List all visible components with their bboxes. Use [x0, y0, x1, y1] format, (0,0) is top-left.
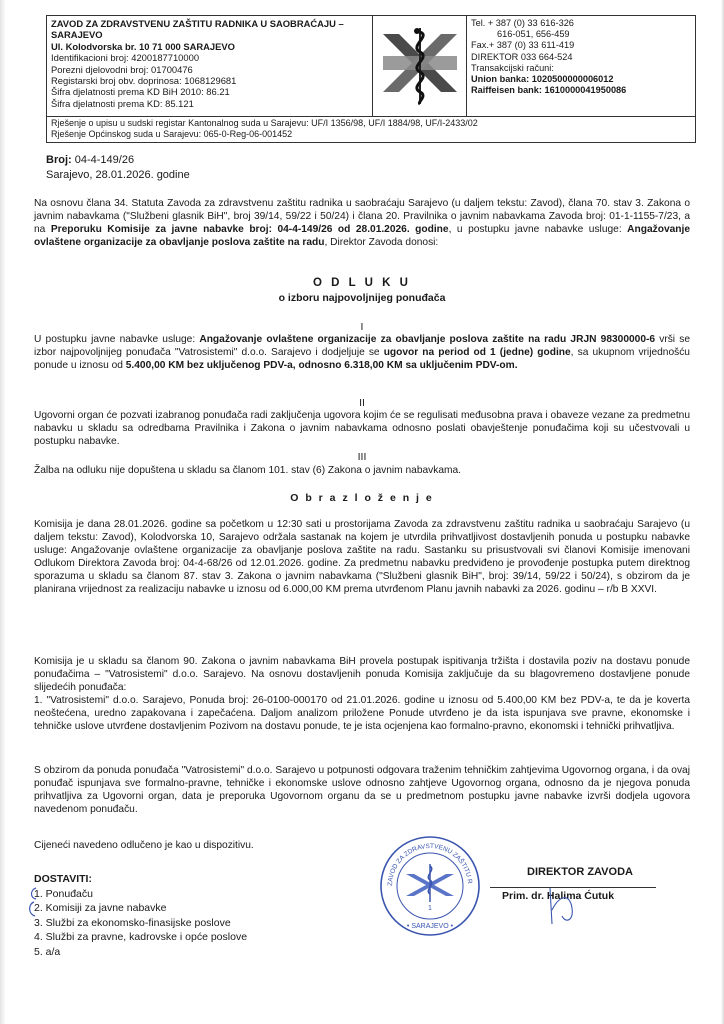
- decision-subtitle: o izboru najpovoljnijeg ponuđača: [34, 292, 690, 304]
- document-number-value: 04-4-149/26: [75, 154, 134, 166]
- intro-paragraph: Na osnovu člana 34. Statuta Zavoda za zd…: [34, 198, 690, 250]
- offer-item: 1. "Vatrosistemi" d.o.o. Sarajevo, Ponud…: [34, 695, 690, 734]
- tax-number: Porezni djelovodni broj: 01700476: [51, 64, 368, 75]
- document-number-label: Broj:: [46, 154, 72, 166]
- institution-name: ZAVOD ZA ZDRAVSTVENU ZAŠTITU RADNIKA U S…: [51, 18, 368, 41]
- activity-code: Šifra djelatnosti prema KD: 85.121: [51, 98, 368, 109]
- svg-text:ZAVOD ZA ZDRAVSTVENU ZAŠTITU R: ZAVOD ZA ZDRAVSTVENU ZAŠTITU RADNIKA U S…: [378, 834, 473, 886]
- letterhead-institution-info: ZAVOD ZA ZDRAVSTVENU ZAŠTITU RADNIKA U S…: [47, 16, 373, 116]
- phone-2: 616-051, 656-459: [471, 29, 691, 40]
- delivery-item: 3. Službi za ekonomsko-finasijske poslov…: [34, 916, 247, 931]
- activity-code-2010: Šifra djelatnosti prema KD BiH 2010: 86.…: [51, 86, 368, 97]
- fax: Fax.+ 387 (0) 33 611-419: [471, 40, 691, 51]
- union-bank-account: Union banka: 1020500000006012: [471, 74, 691, 85]
- delivery-item: 4. Službi za pravne, kadrovske i opće po…: [34, 930, 247, 945]
- reasoning-title: O b r a z l o ž e n j e: [34, 492, 690, 504]
- delivery-list: DOSTAVITI: 1. Ponuđaču 2. Komisiji za ja…: [34, 872, 247, 960]
- section-3-numeral: III: [34, 451, 690, 463]
- signatory-role: DIREKTOR ZAVODA: [470, 866, 680, 878]
- director-phone: DIREKTOR 033 664-524: [471, 52, 691, 63]
- scan-edge-left: [0, 0, 6, 1024]
- delivery-item: 5. a/a: [34, 945, 247, 960]
- official-stamp-icon: ZAVOD ZA ZDRAVSTVENU ZAŠTITU RADNIKA U S…: [378, 834, 482, 938]
- handwritten-signature-icon: [540, 880, 590, 930]
- phone: Tel. + 387 (0) 33 616-326: [471, 18, 691, 29]
- document-meta: Broj: 04-4-149/26 Sarajevo, 28.01.2026. …: [46, 153, 190, 183]
- court-registration: Rješenje o upisu u sudski registar Kanto…: [47, 116, 695, 142]
- reasoning-paragraph-2: Komisija je u skladu sa članom 90. Zakon…: [34, 656, 690, 733]
- delivery-item: 1. Ponuđaču: [34, 887, 247, 902]
- pen-check-mark-icon: [24, 886, 44, 918]
- court-reg-1: Rješenje o upisu u sudski registar Kanto…: [51, 118, 691, 129]
- section-1-numeral: I: [34, 321, 690, 333]
- section-3-text: Žalba na odluku nije dopuštena u skladu …: [34, 465, 690, 478]
- delivery-heading: DOSTAVITI:: [34, 872, 247, 887]
- decision-title: O D L U K U: [34, 277, 690, 289]
- document-number: Broj: 04-4-149/26: [46, 153, 190, 168]
- reasoning-paragraph-4: Cijeneći navedeno odlučeno je kao u disp…: [34, 840, 690, 853]
- raiffeisen-bank-account: Raiffeisen bank: 1610000041950086: [471, 85, 691, 96]
- accounts-label: Transakcijski računi:: [471, 63, 691, 74]
- reasoning-paragraph-1: Komisija je dana 28.01.2026. godine sa p…: [34, 519, 690, 596]
- court-reg-2: Rješenje Općinskog suda u Sarajevu: 065-…: [51, 129, 691, 140]
- svg-text:1: 1: [428, 905, 432, 912]
- reasoning-paragraph-3: S obzirom da ponuda ponuđača "Vatrosiste…: [34, 765, 690, 817]
- place-date: Sarajevo, 28.01.2026. godine: [46, 168, 190, 183]
- institution-address: Ul. Kolodvorska br. 10 71 000 SARAJEVO: [51, 41, 368, 52]
- reg-number: Registarski broj obv. doprinosa: 1068129…: [51, 75, 368, 86]
- letterhead: ZAVOD ZA ZDRAVSTVENU ZAŠTITU RADNIKA U S…: [46, 15, 696, 143]
- section-2-numeral: II: [34, 397, 690, 409]
- id-number: Identifikacioni broj: 4200187710000: [51, 52, 368, 63]
- section-1-text: U postupku javne nabavke usluge: Angažov…: [34, 334, 690, 373]
- letterhead-contact-info: Tel. + 387 (0) 33 616-326 616-051, 656-4…: [467, 16, 695, 116]
- svg-text:• SARAJEVO •: • SARAJEVO •: [407, 923, 454, 930]
- section-2-text: Ugovorni organ će pozvati izabranog ponu…: [34, 410, 690, 449]
- caduceus-logo-icon: [373, 16, 467, 116]
- delivery-item: 2. Komisiji za javne nabavke: [34, 901, 247, 916]
